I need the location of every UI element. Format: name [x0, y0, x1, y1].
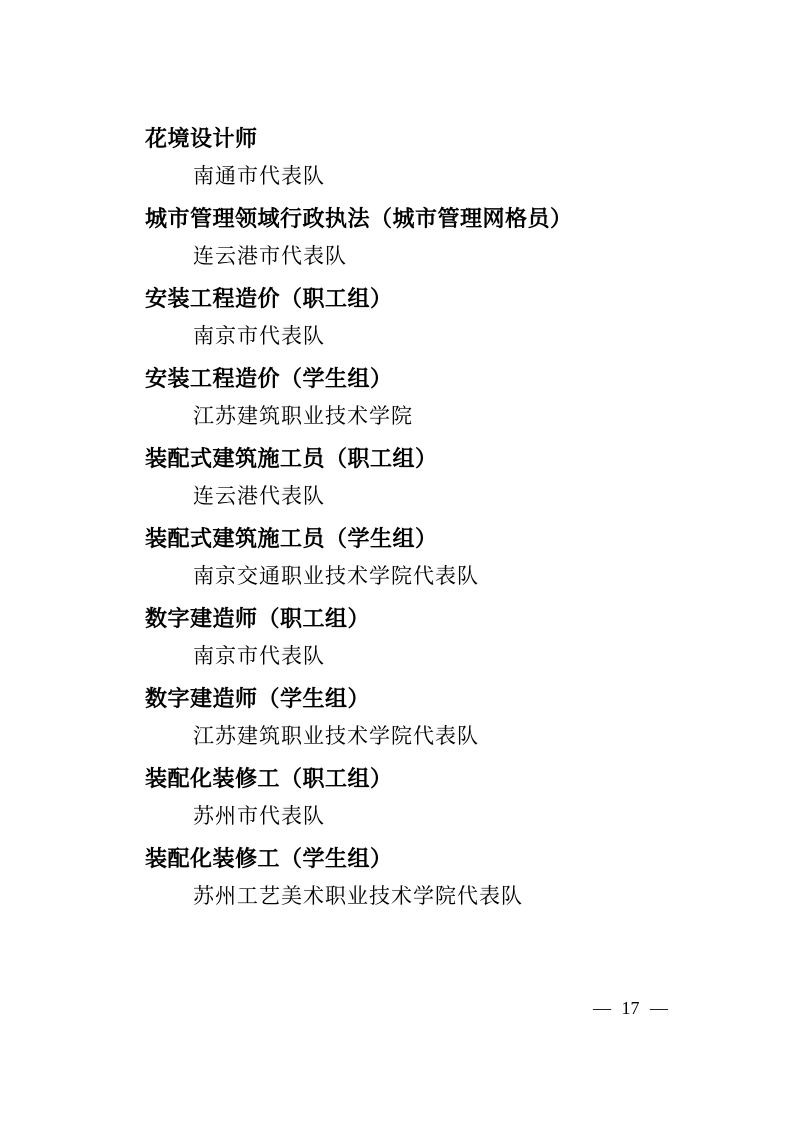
award-entry: 装配式建筑施工员（职工组） 连云港代表队 [145, 446, 733, 509]
team-name: 连云港代表队 [193, 483, 733, 509]
team-name: 南京市代表队 [193, 643, 733, 669]
document-page: 花境设计师 南通市代表队 城市管理领域行政执法（城市管理网格员） 连云港市代表队… [0, 0, 793, 1122]
award-entry: 安装工程造价（学生组） 江苏建筑职业技术学院 [145, 366, 733, 429]
award-entry: 装配式建筑施工员（学生组） 南京交通职业技术学院代表队 [145, 526, 733, 589]
competition-title: 花境设计师 [145, 126, 733, 152]
team-name: 南京交通职业技术学院代表队 [193, 563, 733, 589]
team-name: 南通市代表队 [193, 163, 733, 189]
competition-title: 安装工程造价（学生组） [145, 366, 733, 392]
award-entry: 数字建造师（学生组） 江苏建筑职业技术学院代表队 [145, 686, 733, 749]
team-name: 江苏建筑职业技术学院 [193, 403, 733, 429]
competition-title: 装配式建筑施工员（学生组） [145, 526, 733, 552]
competition-title: 数字建造师（职工组） [145, 606, 733, 632]
team-name: 苏州工艺美术职业技术学院代表队 [193, 883, 733, 909]
award-entry: 花境设计师 南通市代表队 [145, 126, 733, 189]
team-name: 连云港市代表队 [193, 243, 733, 269]
competition-title: 装配式建筑施工员（职工组） [145, 446, 733, 472]
page-number: — 17 — [593, 997, 668, 1019]
award-entry: 装配化装修工（学生组） 苏州工艺美术职业技术学院代表队 [145, 846, 733, 909]
competition-title: 安装工程造价（职工组） [145, 286, 733, 312]
award-entry: 安装工程造价（职工组） 南京市代表队 [145, 286, 733, 349]
competition-title: 装配化装修工（学生组） [145, 846, 733, 872]
award-entry: 城市管理领域行政执法（城市管理网格员） 连云港市代表队 [145, 206, 733, 269]
competition-title: 数字建造师（学生组） [145, 686, 733, 712]
award-entry: 装配化装修工（职工组） 苏州市代表队 [145, 766, 733, 829]
competition-title: 城市管理领域行政执法（城市管理网格员） [145, 206, 733, 232]
team-name: 南京市代表队 [193, 323, 733, 349]
award-entry: 数字建造师（职工组） 南京市代表队 [145, 606, 733, 669]
team-name: 江苏建筑职业技术学院代表队 [193, 723, 733, 749]
team-name: 苏州市代表队 [193, 803, 733, 829]
award-list: 花境设计师 南通市代表队 城市管理领域行政执法（城市管理网格员） 连云港市代表队… [145, 126, 733, 926]
competition-title: 装配化装修工（职工组） [145, 766, 733, 792]
